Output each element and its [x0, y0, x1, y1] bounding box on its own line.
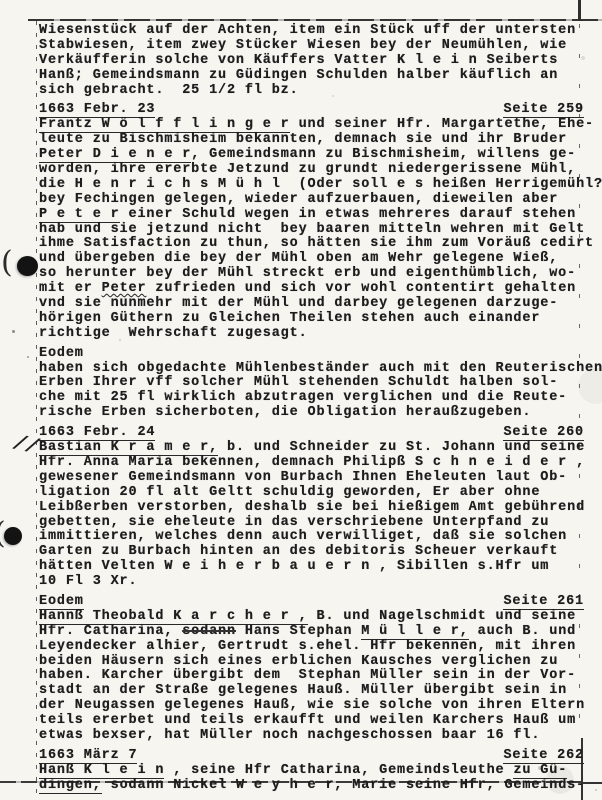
text-segment: und übergeben die bey der Mühl oben am W… [39, 251, 558, 266]
text-segment: gewesener Gemeindsmann von Burbach Ihnen… [39, 470, 567, 485]
marked-text-segment: M ü l l e r, [361, 624, 468, 640]
pencil-stray-dot [27, 356, 29, 358]
scanned-document-page: ( ( // Wiesenstück auf der Achten, item … [0, 0, 602, 800]
text-line: Garten zu Burbach hinten an des debitori… [39, 545, 584, 560]
hole-punch-dot-top [17, 256, 38, 276]
marked-text-segment: Hanß K l e i n [39, 763, 164, 779]
text-line: che mit 25 fl wirklich abzutragen vergli… [39, 391, 584, 406]
entry-paragraph: haben sich obgedachte Mühlenbeständer au… [39, 362, 584, 422]
text-segment: Wiesenstück auf der Achten, item ein Stü… [39, 23, 576, 38]
pencil-stray-dot [12, 330, 15, 333]
text-line: P e t e r einer Schuld wegen in etwas me… [39, 208, 584, 223]
entry-paragraph: Wiesenstück auf der Achten, item ein Stü… [39, 24, 584, 98]
text-line: rische Erben sicherboten, die Obligation… [39, 406, 584, 421]
text-segment: hab und sie jetzund nicht bey baaren mit… [39, 222, 585, 237]
text-line: hörigen Güthern zu Gleichen Theilen steh… [39, 312, 584, 327]
text-segment: bey Fechingen gelegen, wieder aufzuerbau… [39, 192, 558, 207]
text-line: Bastian K r a m e r, b. und Schneider zu… [39, 441, 584, 456]
text-line: beiden Häusern sich eines erblichen Kaus… [39, 655, 584, 670]
text-segment: ligation 20 fl alt Geltt schuldig geword… [39, 485, 540, 500]
text-segment: Hfr. Anna Maria bekennen, demnach Philip… [39, 455, 585, 470]
text-segment: und seiner Hfr. Margartethe, Ehe- [290, 117, 594, 132]
text-line: haben sich obgedachte Mühlenbeständer au… [39, 362, 584, 377]
text-segment: die H e n r i c h s M ü h l (Oder soll e… [39, 177, 602, 192]
text-segment: Hans Stephan [236, 624, 361, 639]
text-segment: immittieren, welches denn auch verwillig… [39, 529, 567, 544]
text-line: hätten Velten W e i h e r b a u e r n , … [39, 560, 584, 575]
entry-date: 1663 März 7 [39, 749, 137, 764]
page-reference: Seite 260 [503, 426, 584, 441]
text-line: immittieren, welches denn auch verwillig… [39, 530, 584, 545]
text-line: worden, ihre ererbte Jetzund zu grundt n… [39, 163, 584, 178]
handwritten-paren-top: ( [1, 248, 13, 278]
handwritten-paren-bottom: ( [0, 519, 6, 549]
text-segment: richtige Wehrschaft zugesagt. [39, 326, 308, 341]
text-line: ihme Satisfaction zu thun, so hätten sie… [39, 237, 584, 252]
text-line: Hannß Theobald K a r c h e r , B. und Na… [39, 610, 584, 625]
marked-text-segment: Hannß Theobald K a r c h e r , [39, 609, 308, 625]
text-segment: mit er [39, 281, 102, 296]
text-line: Wiesenstück auf der Achten, item ein Stü… [39, 24, 584, 39]
marked-text-segment: sodann [182, 624, 236, 639]
text-segment: sich gebracht. 25 1/2 fl bz. [39, 83, 299, 98]
text-segment: einer Schuld wegen in etwas mehreres dar… [120, 207, 577, 222]
text-line: Erben Ihrer vff solcher Mühl stehenden S… [39, 376, 584, 391]
text-segment: zufrieden und sich vor wohl contentirt g… [146, 281, 576, 296]
entry-header: EodemSeite 261 [39, 595, 584, 610]
text-segment: Garten zu Burbach hinten an des debitori… [39, 544, 558, 559]
text-line: ligation 20 fl alt Geltt schuldig geword… [39, 486, 584, 501]
text-line: Stabwiesen, item zwey Stücker Wiesen bey… [39, 39, 584, 54]
entry-date: Eodem [39, 595, 84, 610]
text-segment: haben. Karcher übergibt dem Stephan Müll… [39, 668, 576, 683]
entry-paragraph: Bastian K r a m e r, b. und Schneider zu… [39, 441, 584, 590]
entry-paragraph: Hanß K l e i n , seine Hfr Catharina, Ge… [39, 764, 584, 794]
text-line: 10 Fl 3 Xr. [39, 575, 584, 590]
text-segment: leute zu Bischmisheim bekannten, demnach… [39, 132, 567, 147]
text-line: stadt an der Straße gelegenes Hauß. Müll… [39, 684, 584, 699]
text-line: die H e n r i c h s M ü h l (Oder soll e… [39, 178, 584, 193]
text-line: Hfr. Catharina, sodann Hans Stephan M ü … [39, 625, 584, 640]
text-segment: beiden Häusern sich eines erblichen Kaus… [39, 654, 558, 669]
text-segment: Erben Ihrer vff solcher Mühl stehenden S… [39, 375, 558, 390]
marked-text-segment: Peter D i e n e r [39, 147, 191, 163]
text-segment: , seine Hfr Catharina, Gemeindsleuthe [164, 763, 513, 778]
marked-text-segment: zu Gü- [513, 763, 567, 779]
entry-paragraph: Hannß Theobald K a r c h e r , B. und Na… [39, 610, 584, 744]
text-line: gebetten, sie eheleute in das verschrieb… [39, 516, 584, 531]
entry-date: 1663 Febr. 23 [39, 103, 155, 118]
marked-text-segment: Bastian K r a m e r, [39, 440, 218, 456]
entry-header: 1663 Febr. 24Seite 260 [39, 426, 584, 441]
hole-punch-dot-bottom [4, 527, 22, 545]
entry-header: 1663 März 7Seite 262 [39, 749, 584, 764]
text-segment: sodann Nickel W e y h e r, Marie seine H… [102, 778, 585, 793]
text-line: bey Fechingen gelegen, wieder aufzuerbau… [39, 193, 584, 208]
text-line: hab und sie jetzund nicht bey baaren mit… [39, 223, 584, 238]
text-line: mit er Peter zufrieden und sich vor wohl… [39, 282, 584, 297]
left-margin-dashed-line [36, 21, 37, 793]
text-segment: b. und Schneider zu St. Johann und seine [218, 440, 585, 455]
text-segment: Verkäufferin solche von Käuffers Vatter … [39, 53, 558, 68]
text-segment: stadt an der Straße gelegenes Hauß. Müll… [39, 683, 567, 698]
text-segment: , Gemeindsmann zu Bischmisheim, willens … [191, 147, 576, 162]
text-line: Leibßerben verstorben, deshalb sie bei h… [39, 501, 584, 516]
text-line: teils ererbet und teils erkaufft und wei… [39, 714, 584, 729]
text-line: der Neugassen gelegenes Hauß, wie sie so… [39, 699, 584, 714]
text-segment: der Neugassen gelegenes Hauß, wie sie so… [39, 698, 585, 713]
marked-text-segment: Peter [102, 281, 147, 296]
text-segment: B. und Nagelschmidt und seine [308, 609, 577, 624]
text-line: leute zu Bischmisheim bekannten, demnach… [39, 133, 584, 148]
text-line: Verkäufferin solche von Käuffers Vatter … [39, 54, 584, 69]
text-segment: hörigen Güthern zu Gleichen Theilen steh… [39, 311, 540, 326]
text-segment: Stabwiesen, item zwey Stücker Wiesen bey… [39, 38, 567, 53]
text-segment: worden, ihre ererbte Jetzund zu grundt n… [39, 162, 576, 177]
text-segment: Hanß; Gemeindsmann zu Güdingen Schulden … [39, 68, 558, 83]
text-segment: Leibßerben verstorben, deshalb sie bei h… [39, 500, 585, 515]
top-right-corner-line [578, 0, 581, 21]
text-line: dingen, sodann Nickel W e y h e r, Marie… [39, 779, 584, 794]
text-line: so herunter bey der Mühl streckt erb und… [39, 267, 584, 282]
text-segment: Hfr. Catharina, [39, 624, 182, 639]
page-top-border-line [28, 19, 602, 21]
entry-paragraph: Frantz W ö l f f l i n g e r und seiner … [39, 118, 584, 341]
marked-text-segment: Frantz W ö l f f l i n g e r [39, 117, 290, 133]
text-line: Hanß; Gemeindsmann zu Güdingen Schulden … [39, 69, 584, 84]
text-line: Hfr. Anna Maria bekennen, demnach Philip… [39, 456, 584, 471]
text-segment: so herunter bey der Mühl streckt erb und… [39, 266, 576, 281]
text-line: haben. Karcher übergibt dem Stephan Müll… [39, 669, 584, 684]
page-reference: Seite 259 [503, 103, 584, 118]
text-line: vnd sie nunmehr mit der Mühl und darbey … [39, 297, 584, 312]
text-segment: Leyendecker alhier, Gertrudt s.ehel. Hfr… [39, 639, 576, 654]
text-segment: haben sich obgedachte Mühlenbeständer au… [39, 361, 602, 376]
text-line: sich gebracht. 25 1/2 fl bz. [39, 84, 584, 99]
text-segment: vnd sie nunmehr mit der Mühl und darbey … [39, 296, 558, 311]
entry-header: Eodem [39, 347, 584, 362]
text-segment: ihme Satisfaction zu thun, so hätten sie… [39, 236, 594, 251]
text-line: etwas bexser, hat Müller noch nachgescho… [39, 729, 584, 744]
page-reference: Seite 261 [503, 595, 584, 610]
text-line: und übergeben die bey der Mühl oben am W… [39, 252, 584, 267]
handwritten-slash-mark: // [11, 434, 40, 460]
text-segment: teils ererbet und teils erkaufft und wei… [39, 713, 576, 728]
text-line: gewesener Gemeindsmann von Burbach Ihnen… [39, 471, 584, 486]
text-segment: gebetten, sie eheleute in das verschrieb… [39, 515, 549, 530]
text-segment: hätten Velten W e i h e r b a u e r n , … [39, 559, 549, 574]
text-segment: 10 Fl 3 Xr. [39, 574, 137, 589]
text-line: Leyendecker alhier, Gertrudt s.ehel. Hfr… [39, 640, 584, 655]
entry-date: 1663 Febr. 24 [39, 426, 155, 441]
document-text-column: Wiesenstück auf der Achten, item ein Stü… [39, 22, 584, 794]
text-segment: etwas bexser, hat Müller noch nachgescho… [39, 728, 540, 743]
entry-date: Eodem [39, 347, 84, 362]
text-line: richtige Wehrschaft zugesagt. [39, 327, 584, 342]
entry-header: 1663 Febr. 23Seite 259 [39, 103, 584, 118]
text-segment: che mit 25 fl wirklich abzutragen vergli… [39, 390, 567, 405]
text-line: Hanß K l e i n , seine Hfr Catharina, Ge… [39, 764, 584, 779]
text-line: Frantz W ö l f f l i n g e r und seiner … [39, 118, 584, 133]
marked-text-segment: dingen, [39, 778, 102, 794]
text-segment: rische Erben sicherboten, die Obligation… [39, 405, 531, 420]
text-segment: auch B. und [469, 624, 576, 639]
text-line: Peter D i e n e r, Gemeindsmann zu Bisch… [39, 148, 584, 163]
page-reference: Seite 262 [503, 749, 584, 764]
marked-text-segment: P e t e r [39, 207, 120, 223]
